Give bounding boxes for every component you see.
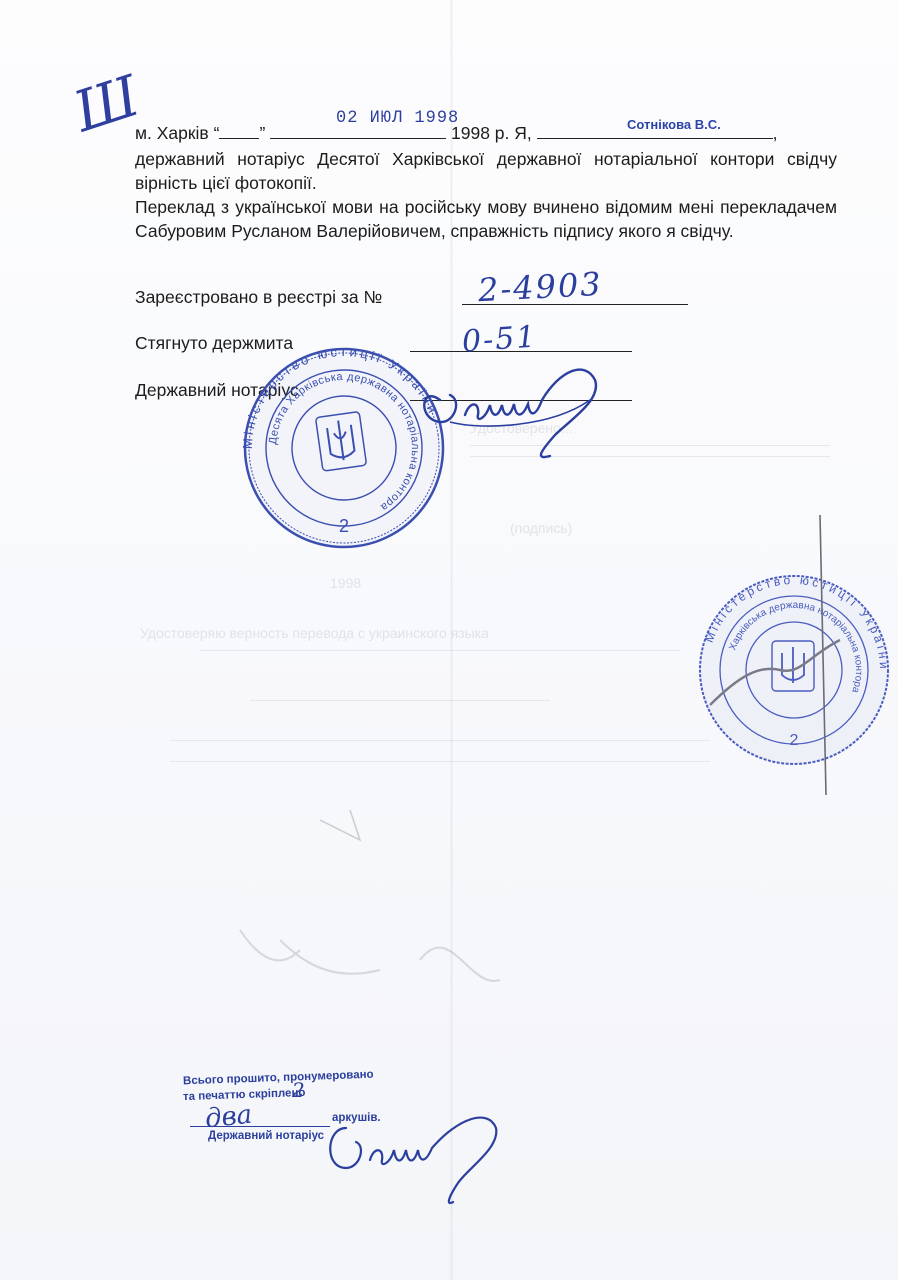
binding-count-underline bbox=[190, 1126, 330, 1127]
ghost-text: (подпись) bbox=[510, 520, 572, 536]
notary-signature-bottom bbox=[318, 1098, 518, 1208]
city-label: м. Харків bbox=[135, 123, 209, 143]
ghost-lines bbox=[200, 650, 680, 659]
registry-label: Зареєстровано в реєстрі за № bbox=[135, 287, 382, 308]
certification-paragraph: державний нотаріус Десятої Харківської д… bbox=[135, 147, 837, 195]
year-label: 1998 р. Я, bbox=[451, 123, 532, 143]
binding-signer-label: Державний нотаріус bbox=[208, 1130, 324, 1142]
ghost-text: 1998 bbox=[330, 575, 361, 591]
ghost-lines bbox=[170, 740, 710, 762]
binding-count: 2 bbox=[292, 1078, 305, 1102]
registry-number: 2-4903 bbox=[477, 265, 603, 309]
svg-text:2: 2 bbox=[790, 732, 799, 749]
quote-close: ” bbox=[259, 123, 265, 143]
svg-text:2: 2 bbox=[339, 516, 349, 536]
pencil-marks bbox=[220, 800, 740, 1020]
date-stamp: 02 ИЮЛ 1998 bbox=[336, 109, 459, 129]
translation-paragraph: Переклад з української мови на російську… bbox=[135, 195, 837, 243]
notary-seal-secondary: Міністерство юстиції України Харківська … bbox=[690, 565, 898, 775]
ghost-lines bbox=[250, 700, 550, 707]
fee-value: 0-51 bbox=[461, 319, 539, 359]
notary-signature-main bbox=[410, 360, 610, 460]
notary-name-stamp: Сотнікова В.С. bbox=[627, 117, 721, 132]
ghost-text: Удостоверяю верность перевода с украинск… bbox=[140, 625, 489, 641]
